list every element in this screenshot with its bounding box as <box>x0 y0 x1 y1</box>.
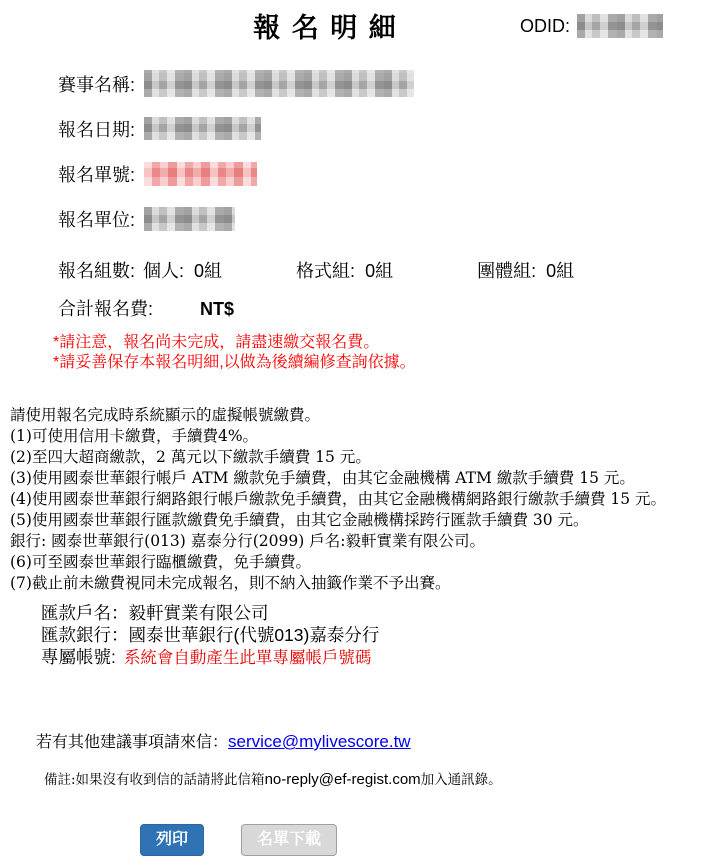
download-list-button[interactable]: 名單下載 <box>241 824 337 856</box>
payment-instruction-line: (1)可使用信用卡繳費，手續費4%。 <box>10 426 703 447</box>
total-fee-row: 合計報名費: NT$ <box>0 295 703 319</box>
field-registration-unit: 報名單位: <box>0 205 703 232</box>
remittance-bank-row: 匯款銀行：國泰世華銀行(代號013)嘉泰分行 <box>41 624 703 646</box>
contact-label: 若有其他建議事項請來信： <box>36 732 228 751</box>
payment-instructions: 請使用報名完成時系統顯示的虛擬帳號繳費。 (1)可使用信用卡繳費，手續費4%。 … <box>0 405 703 594</box>
registration-number-value-redacted <box>144 162 257 186</box>
payment-instruction-line: (6)可至國泰世華銀行臨櫃繳費，免手續費。 <box>10 552 703 573</box>
registration-date-label: 報名日期: <box>58 116 135 142</box>
group-format-label: 格式組: <box>296 261 355 281</box>
registration-unit-label: 報名單位: <box>58 206 135 232</box>
dedicated-account-note: 系統會自動產生此單專屬帳戶號碼 <box>124 648 372 667</box>
header: 報 名 明 細 ODID: <box>0 6 703 44</box>
print-button[interactable]: 列印 <box>140 824 204 856</box>
payment-instruction-line: 銀行: 國泰世華銀行(013) 嘉泰分行(2099) 戶名:毅軒實業有限公司。 <box>10 531 703 552</box>
group-team-value: 0組 <box>546 261 574 281</box>
payment-instruction-line: (3)使用國泰世華銀行帳戶 ATM 繳款免手續費，由其它金融機構 ATM 繳款手… <box>10 468 703 489</box>
noreply-email: no-reply@ef-regist.com <box>265 771 421 788</box>
total-fee-value: NT$ <box>200 299 234 319</box>
remittance-account-name-label: 匯款戶名： <box>41 603 129 623</box>
odid-value-redacted <box>577 14 663 38</box>
field-registration-date: 報名日期: <box>0 115 703 142</box>
group-counts-label: 報名組數: <box>58 257 135 283</box>
group-individual-value: 0組 <box>194 261 222 281</box>
payment-instruction-line: (5)使用國泰世華銀行匯款繳費免手續費，由其它金融機構採跨行匯款手續費 30 元… <box>10 510 703 531</box>
field-event-name: 賽事名稱: <box>0 70 703 97</box>
registration-date-value-redacted <box>144 117 261 140</box>
remittance-bank-label: 匯款銀行： <box>41 625 129 645</box>
note-prefix: 備註:如果沒有收到信的話請將此信箱 <box>44 772 265 788</box>
field-registration-number: 報名單號: <box>0 160 703 187</box>
registration-number-label: 報名單號: <box>58 161 135 187</box>
payment-instruction-line: (7)截止前未繳費視同未完成報名，則不納入抽籤作業不予出賽。 <box>10 573 703 594</box>
payment-instruction-line: (4)使用國泰世華銀行網路銀行帳戶繳款免手續費，由其它金融機構網路銀行繳款手續費… <box>10 489 703 510</box>
group-format-value: 0組 <box>365 261 393 281</box>
registration-fields: 賽事名稱: 報名日期: 報名單號: 報名單位: <box>0 70 703 232</box>
group-individual: 個人:0組 <box>143 257 222 283</box>
contact-line: 若有其他建議事項請來信：service@mylivescore.tw <box>0 729 703 752</box>
warning-line-1: *請注意，報名尚未完成，請盡速繳交報名費。 <box>53 333 703 353</box>
remittance-account-name-value: 毅軒實業有限公司 <box>129 603 269 623</box>
odid: ODID: <box>520 14 663 38</box>
action-buttons: 列印 名單下載 <box>0 824 703 856</box>
note-line: 備註:如果沒有收到信的話請將此信箱no-reply@ef-regist.com加… <box>0 768 703 788</box>
payment-instruction-line: (2)至四大超商繳款，2 萬元以下繳款手續費 15 元。 <box>10 447 703 468</box>
group-counts-row: 報名組數: 個人:0組 格式組:0組 團體組:0組 <box>0 258 703 282</box>
warnings: *請注意，報名尚未完成，請盡速繳交報名費。 *請妥善保存本報名明細,以做為後續編… <box>0 333 703 373</box>
group-team-label: 團體組: <box>477 261 536 281</box>
dedicated-account-label: 專屬帳號: <box>41 647 116 667</box>
registration-unit-value-redacted <box>144 207 235 231</box>
group-team: 團體組:0組 <box>477 257 574 283</box>
group-format: 格式組:0組 <box>296 257 393 283</box>
group-individual-label: 個人: <box>143 261 184 281</box>
payment-instruction-line: 請使用報名完成時系統顯示的虛擬帳號繳費。 <box>10 405 703 426</box>
odid-label: ODID: <box>520 16 570 37</box>
contact-email-link[interactable]: service@mylivescore.tw <box>228 732 411 751</box>
event-name-label: 賽事名稱: <box>58 71 135 97</box>
remittance-bank-value: 國泰世華銀行(代號013)嘉泰分行 <box>129 625 380 645</box>
dedicated-account-row: 專屬帳號:系統會自動產生此單專屬帳戶號碼 <box>41 646 703 669</box>
remittance-account-name-row: 匯款戶名：毅軒實業有限公司 <box>41 602 703 624</box>
event-name-value-redacted <box>144 70 414 97</box>
note-suffix: 加入通訊錄。 <box>421 772 502 788</box>
remittance-info: 匯款戶名：毅軒實業有限公司 匯款銀行：國泰世華銀行(代號013)嘉泰分行 專屬帳… <box>0 602 703 669</box>
warning-line-2: *請妥善保存本報名明細,以做為後續編修查詢依據。 <box>53 353 703 373</box>
total-fee-label: 合計報名費: <box>58 299 153 319</box>
